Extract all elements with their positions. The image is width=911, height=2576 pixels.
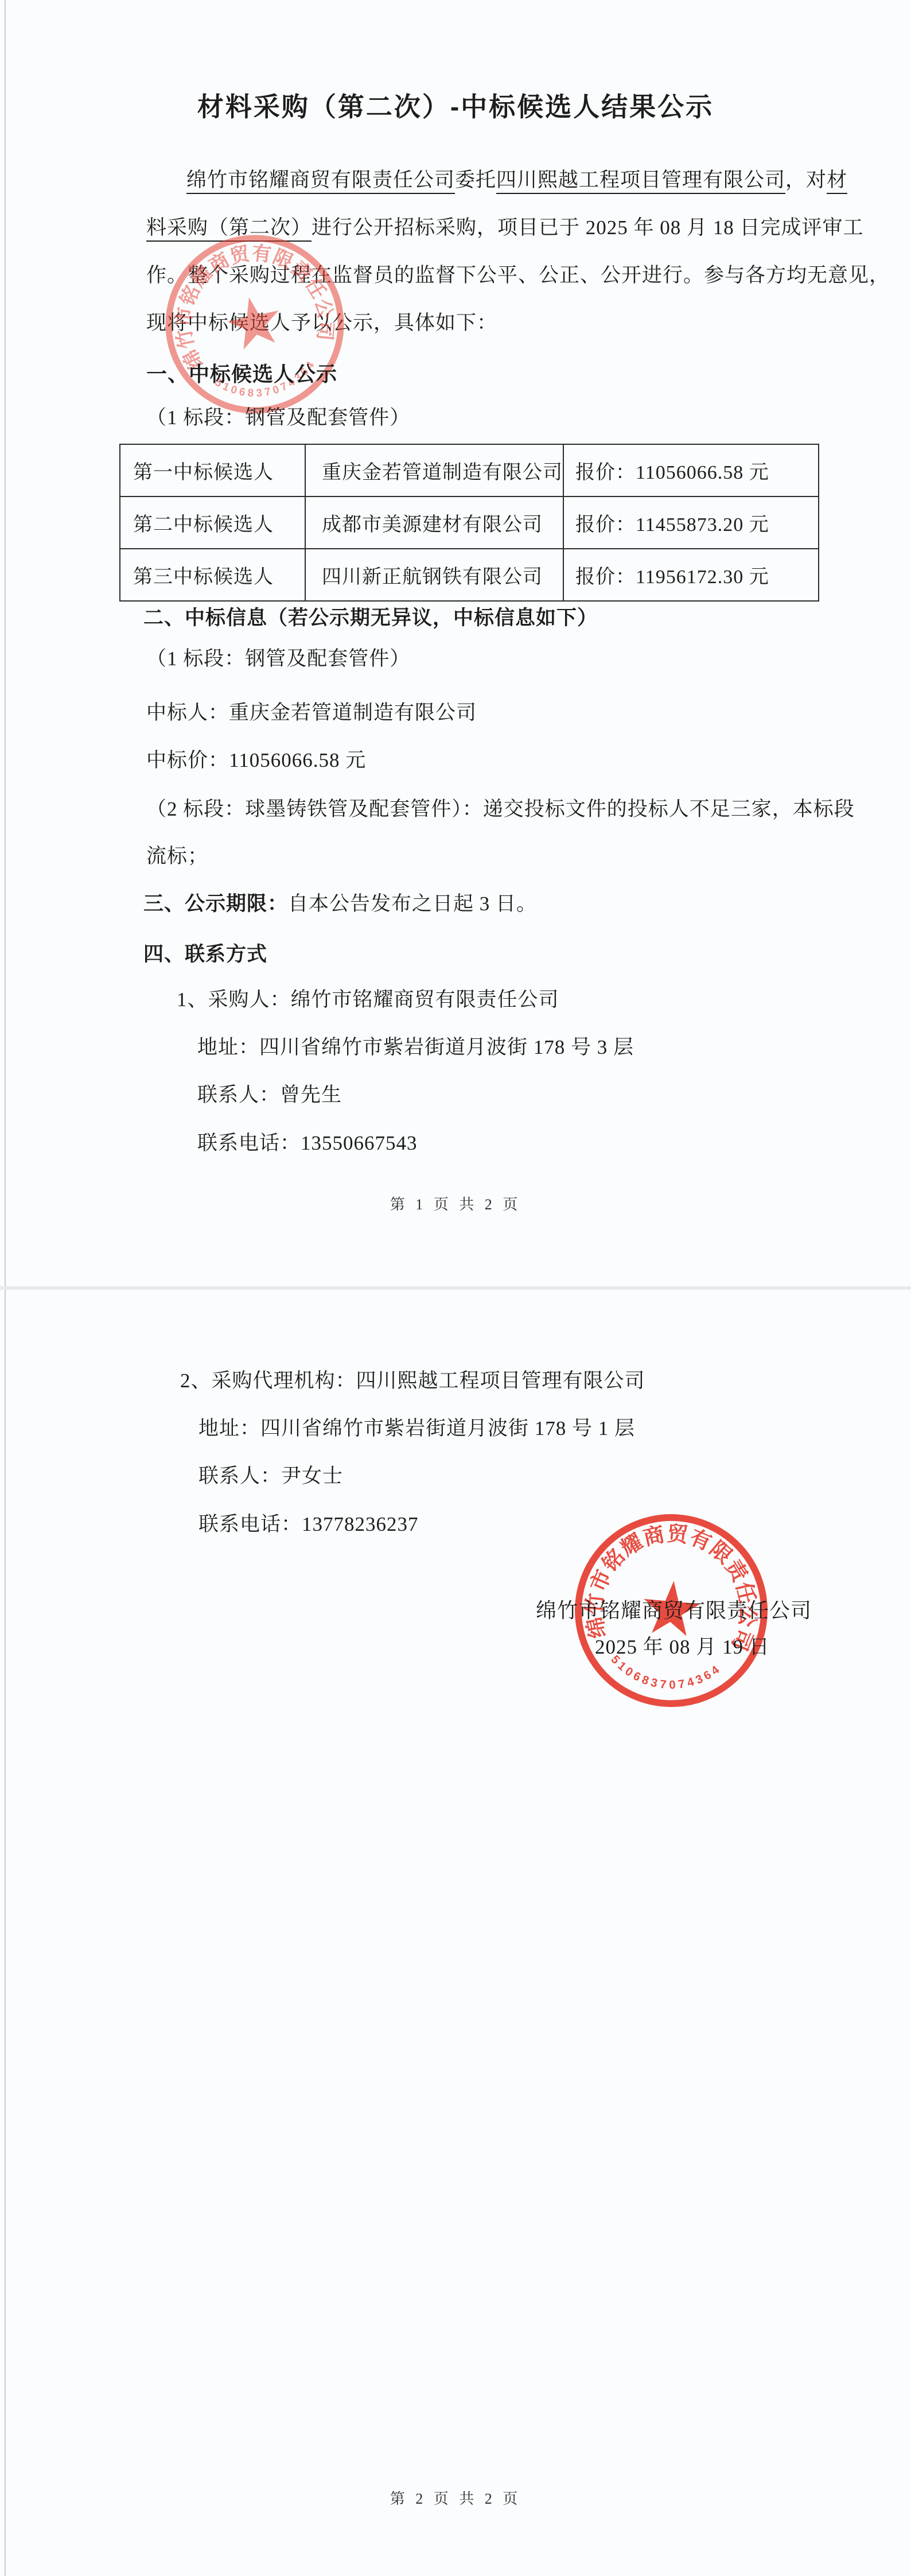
intro-line: 作。整个采购过程在监督员的监督下公平、公正、公开进行。参与各方均无意见， — [146, 251, 806, 299]
table-row: 第二中标候选人成都市美源建材有限公司报价：11455873.20 元 — [120, 496, 819, 549]
page-title: 材料采购（第二次）-中标候选人结果公示 — [0, 86, 911, 124]
intro-segment: 委托 — [455, 169, 496, 191]
table-row: 第三中标候选人四川新正航钢铁有限公司报价：11956172.30 元 — [120, 549, 819, 601]
intro-line: 料采购（第二次）进行公开招标采购，项目已于 2025 年 08 月 18 日完成… — [146, 204, 806, 251]
intro-segment: 进行公开招标采购，项目已于 2025 年 08 月 18 日完成评审工 — [312, 216, 864, 239]
purchaser-name-line: 1、采购人：绵竹市铭耀商贸有限责任公司 — [177, 987, 559, 1013]
page-2-footer: 第 2 页 共 2 页 — [0, 2487, 911, 2508]
scanned-document: { "doc": { "title": "材料采购（第二次）-中标候选人结果公示… — [0, 0, 911, 2576]
table-cell-rank: 第一中标候选人 — [120, 444, 305, 496]
intro-segment-underlined: 绵竹市铭耀商贸有限责任公司 — [186, 169, 455, 194]
table-cell-company: 重庆金若管道制造有限公司 — [305, 444, 563, 496]
page-1: 材料采购（第二次）-中标候选人结果公示 绵竹市铭耀商贸有限责任公司委托四川熙越工… — [0, 0, 911, 1286]
scan-edge-line — [5, 1290, 6, 2576]
signature-company: 绵竹市铭耀商贸有限责任公司 — [536, 1595, 812, 1624]
lot-2-result-line-1: （2 标段：球墨铸铁管及配套管件）：递交投标文件的投标人不足三家，本标段 — [146, 796, 855, 823]
section-3-label: 三、公示期限： — [143, 893, 288, 915]
agency-name-line: 2、采购代理机构：四川熙越工程项目管理有限公司 — [180, 1368, 645, 1394]
page-1-footer: 第 1 页 共 2 页 — [0, 1193, 911, 1214]
table-cell-rank: 第三中标候选人 — [120, 549, 305, 601]
scan-edge-line — [5, 0, 6, 1286]
table-cell-price: 报价：11455873.20 元 — [563, 496, 819, 549]
lot-1-label: （1 标段：钢管及配套管件） — [146, 405, 410, 431]
signature-date: 2025 年 08 月 19 日 — [595, 1631, 770, 1660]
page-2: 2、采购代理机构：四川熙越工程项目管理有限公司 地址：四川省绵竹市紫岩街道月波街… — [0, 1290, 911, 2576]
winner-line: 中标人：重庆金若管道制造有限公司 — [146, 700, 477, 726]
table-cell-company: 成都市美源建材有限公司 — [305, 496, 563, 549]
intro-segment-underlined: 四川熙越工程项目管理有限公司 — [496, 169, 785, 194]
table-row: 第一中标候选人重庆金若管道制造有限公司报价：11056066.58 元 — [120, 444, 819, 496]
intro-paragraph: 绵竹市铭耀商贸有限责任公司委托四川熙越工程项目管理有限公司，对材料采购（第二次）… — [146, 156, 806, 347]
lot-2-result-line-2: 流标； — [146, 843, 208, 870]
section-4-heading: 四、联系方式 — [143, 938, 267, 967]
purchaser-contact-line: 联系人：曾先生 — [197, 1082, 342, 1108]
agency-contact-line: 联系人：尹女士 — [198, 1463, 343, 1489]
table-cell-price: 报价：11956172.30 元 — [563, 549, 819, 601]
intro-line: 现将中标候选人予以公示，具体如下： — [146, 299, 806, 347]
purchaser-phone-line: 联系电话：13550667543 — [197, 1130, 418, 1157]
bid-candidates-table: 第一中标候选人重庆金若管道制造有限公司报价：11056066.58 元第二中标候… — [119, 444, 819, 602]
table-cell-rank: 第二中标候选人 — [120, 496, 305, 549]
winning-price-line: 中标价：11056066.58 元 — [146, 747, 366, 774]
section-3-text: 自本公告发布之日起 3 日。 — [288, 893, 537, 915]
intro-segment: 作。整个采购过程在监督员的监督下公平、公正、公开进行。参与各方均无意见， — [146, 264, 890, 286]
section-2-heading: 二、中标信息（若公示期无异议，中标信息如下） — [143, 602, 598, 631]
table-cell-company: 四川新正航钢铁有限公司 — [305, 549, 563, 601]
section-2-lot-1-label: （1 标段：钢管及配套管件） — [146, 646, 410, 672]
intro-segment-underlined: 料采购（第二次） — [146, 216, 312, 242]
agency-address-line: 地址：四川省绵竹市紫岩街道月波街 178 号 1 层 — [198, 1415, 635, 1442]
intro-segment-underlined: 材 — [827, 169, 847, 194]
purchaser-address-line: 地址：四川省绵竹市紫岩街道月波街 178 号 3 层 — [197, 1034, 634, 1061]
section-1-heading: 一、中标候选人公示 — [146, 358, 337, 387]
agency-phone-line: 联系电话：13778236237 — [198, 1511, 419, 1538]
intro-segment: 现将中标候选人予以公示，具体如下： — [146, 312, 497, 334]
table-cell-price: 报价：11056066.58 元 — [563, 444, 819, 496]
section-3-line: 三、公示期限：自本公告发布之日起 3 日。 — [143, 891, 537, 917]
bid-candidates-table-body: 第一中标候选人重庆金若管道制造有限公司报价：11056066.58 元第二中标候… — [120, 444, 819, 601]
intro-segment: ，对 — [785, 169, 827, 191]
intro-line: 绵竹市铭耀商贸有限责任公司委托四川熙越工程项目管理有限公司，对材 — [146, 156, 806, 204]
